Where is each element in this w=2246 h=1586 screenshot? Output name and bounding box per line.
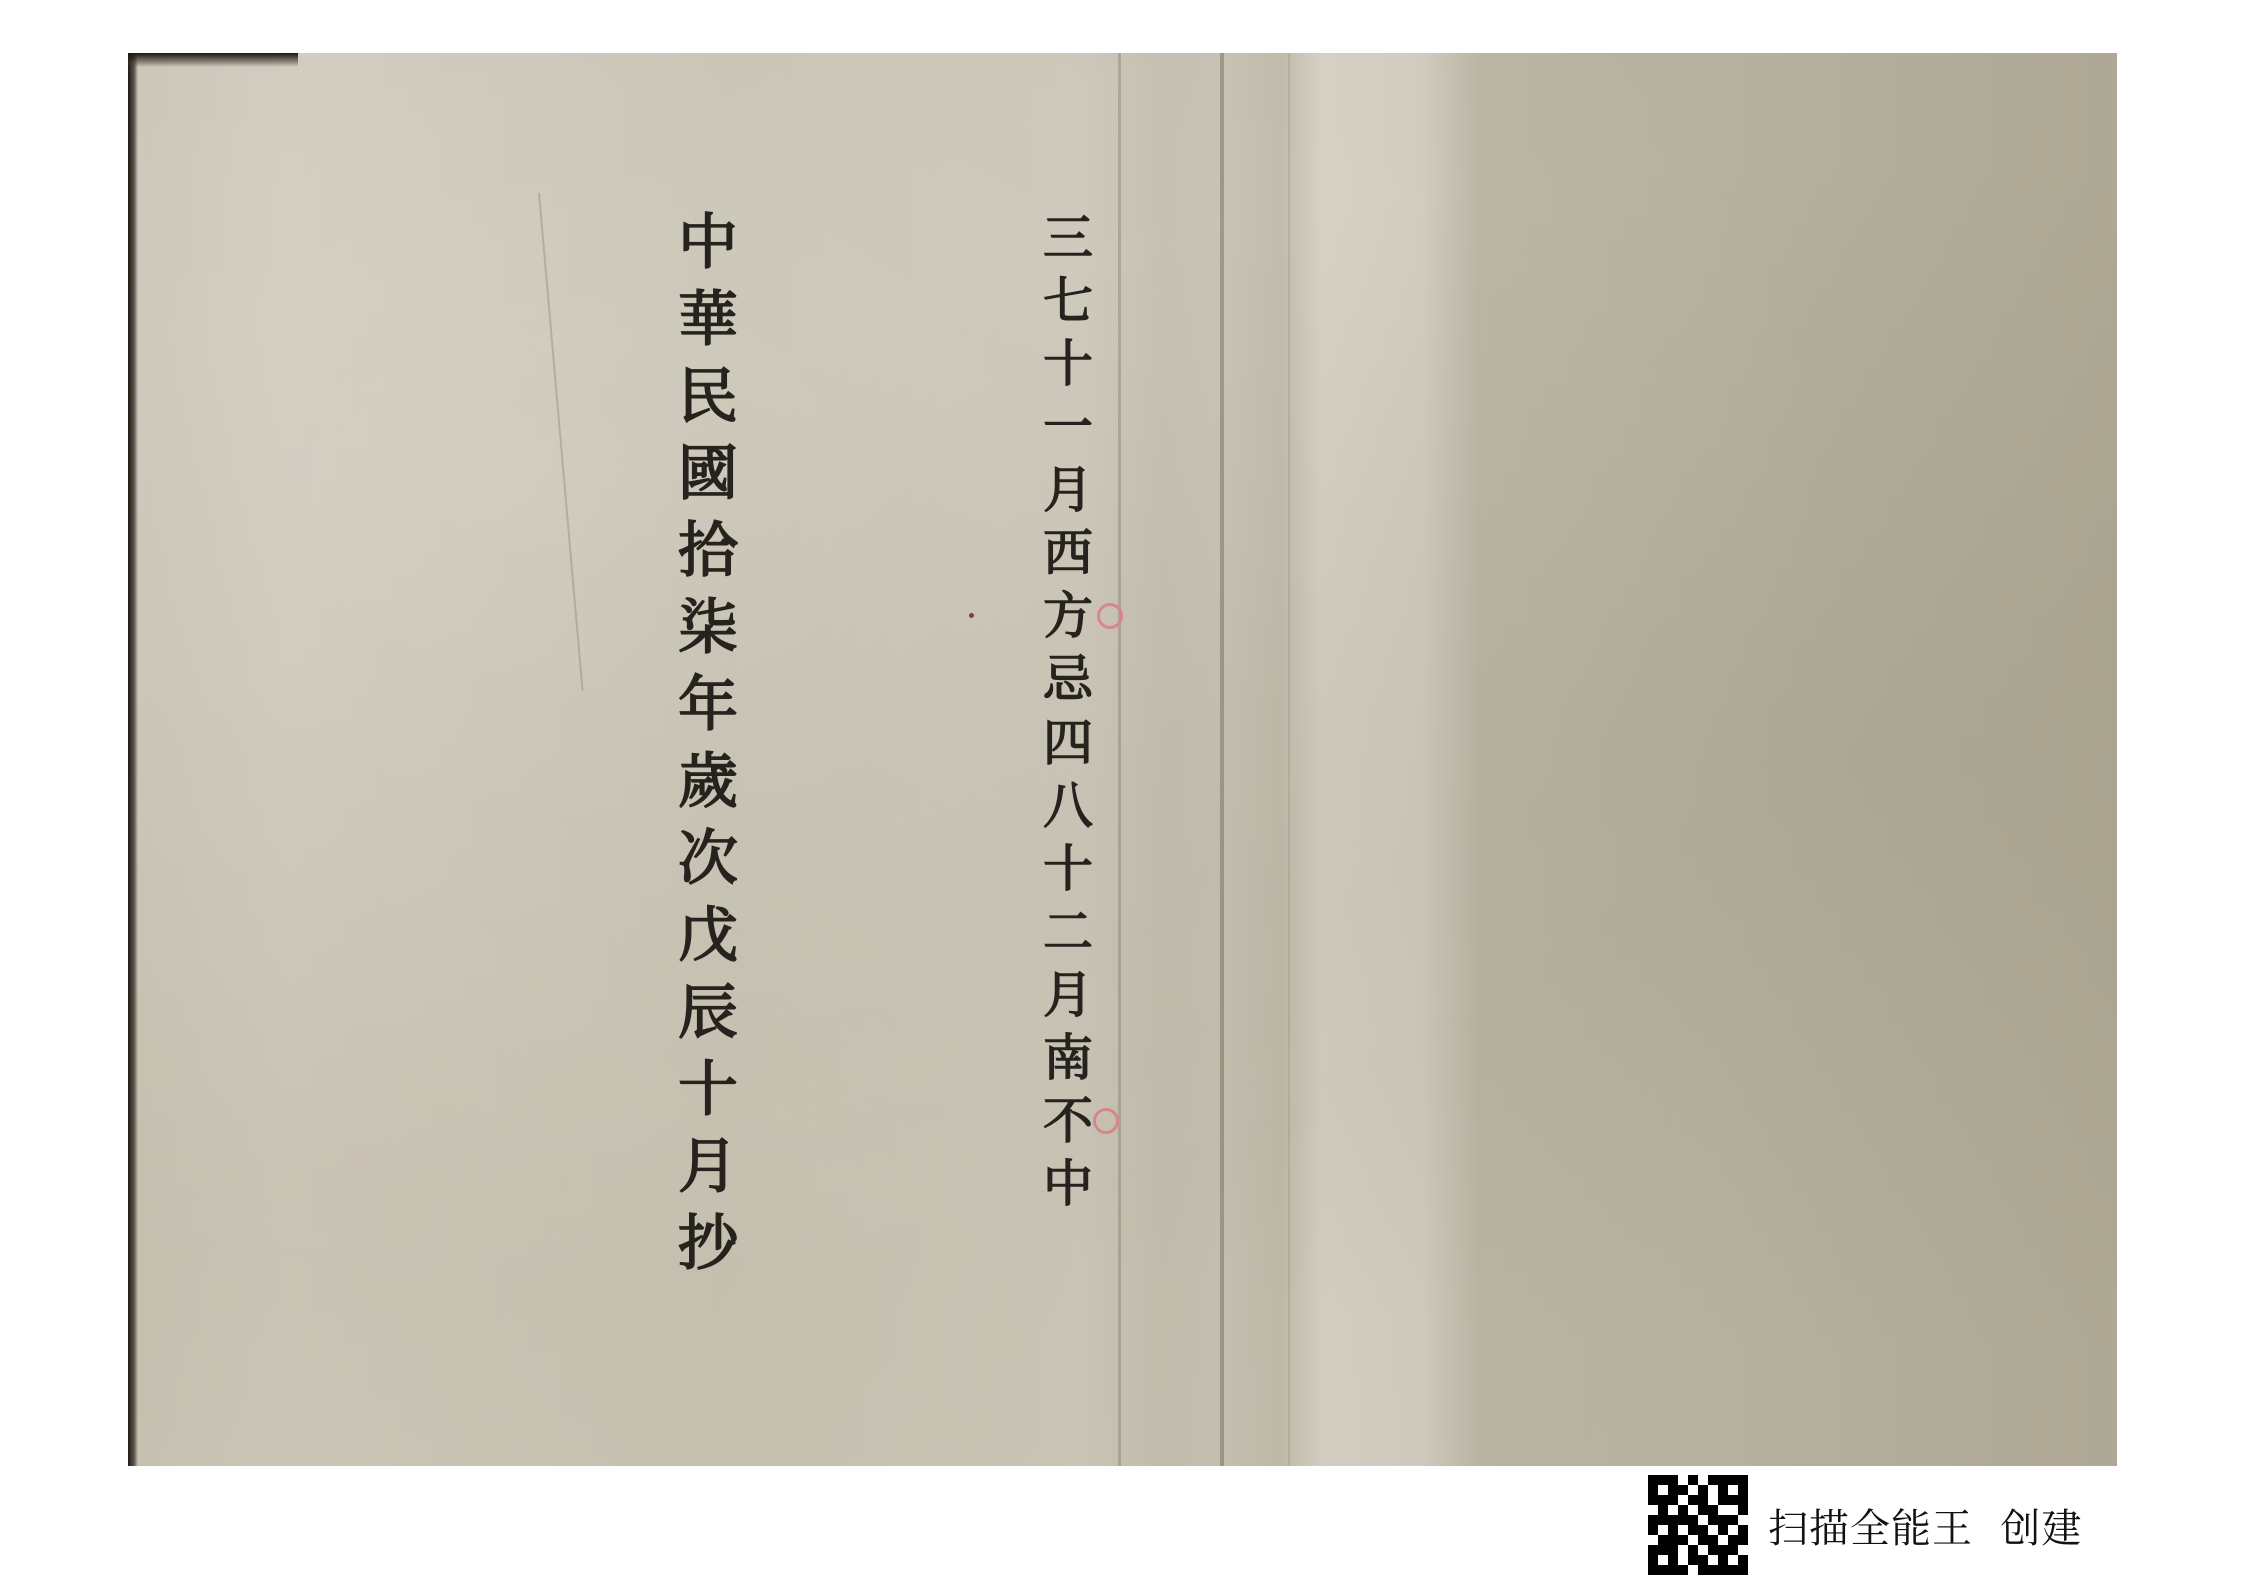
char: 國 xyxy=(678,444,738,504)
red-circle-mark xyxy=(1097,603,1123,629)
scanned-page-image: 中 華 民 國 拾 柒 年 歲 次 戊 辰 十 月 抄 三 七 十 一 月 西 … xyxy=(128,53,2117,1466)
char: 月 xyxy=(1043,970,1093,1020)
char: 華 xyxy=(678,290,738,350)
char: 民 xyxy=(678,367,738,427)
char: 拾 xyxy=(678,521,738,581)
char: 月 xyxy=(1043,465,1093,515)
fold-line xyxy=(1220,53,1224,1466)
char: 八 xyxy=(1043,781,1093,831)
char: 一 xyxy=(1043,402,1093,452)
char: 南 xyxy=(1043,1033,1093,1083)
char: 次 xyxy=(678,829,738,889)
char: 四 xyxy=(1043,718,1093,768)
char: 中 xyxy=(1043,1159,1093,1209)
char: 七 xyxy=(1043,276,1093,326)
paper-crease xyxy=(538,193,584,691)
qr-code-icon xyxy=(1648,1475,1748,1575)
scanner-watermark: 扫描全能王 创建 xyxy=(1648,1475,2082,1575)
char: 十 xyxy=(678,1060,738,1120)
char: 柒 xyxy=(678,598,738,658)
char: 十 xyxy=(1043,844,1093,894)
char: 辰 xyxy=(678,983,738,1043)
char: 戊 xyxy=(678,906,738,966)
char: 方 xyxy=(1043,591,1093,641)
char: 二 xyxy=(1043,907,1093,957)
char: 西 xyxy=(1043,528,1093,578)
red-circle-mark xyxy=(1093,1108,1119,1134)
watermark-caption: 扫描全能王 创建 xyxy=(1768,1497,2082,1554)
char: 三 xyxy=(1043,213,1093,263)
char: 抄 xyxy=(678,1214,738,1274)
note-column-south: 四 八 十 二 月 南 不 中 xyxy=(1043,718,1093,1222)
fold-line xyxy=(1288,53,1290,1466)
char: 年 xyxy=(678,675,738,735)
fold-line xyxy=(1118,53,1121,1466)
char: 中 xyxy=(678,213,738,273)
char: 月 xyxy=(678,1137,738,1197)
char: 忌 xyxy=(1043,654,1093,704)
char: 歲 xyxy=(678,752,738,812)
note-column-west: 三 七 十 一 月 西 方 忌 xyxy=(1043,213,1093,717)
main-text-column: 中 華 民 國 拾 柒 年 歲 次 戊 辰 十 月 抄 xyxy=(678,213,738,1291)
binding-top-shadow xyxy=(128,53,298,67)
red-ink-speck xyxy=(969,613,974,618)
binding-edge xyxy=(128,53,138,1466)
char: 不 xyxy=(1043,1096,1093,1146)
char: 十 xyxy=(1043,339,1093,389)
